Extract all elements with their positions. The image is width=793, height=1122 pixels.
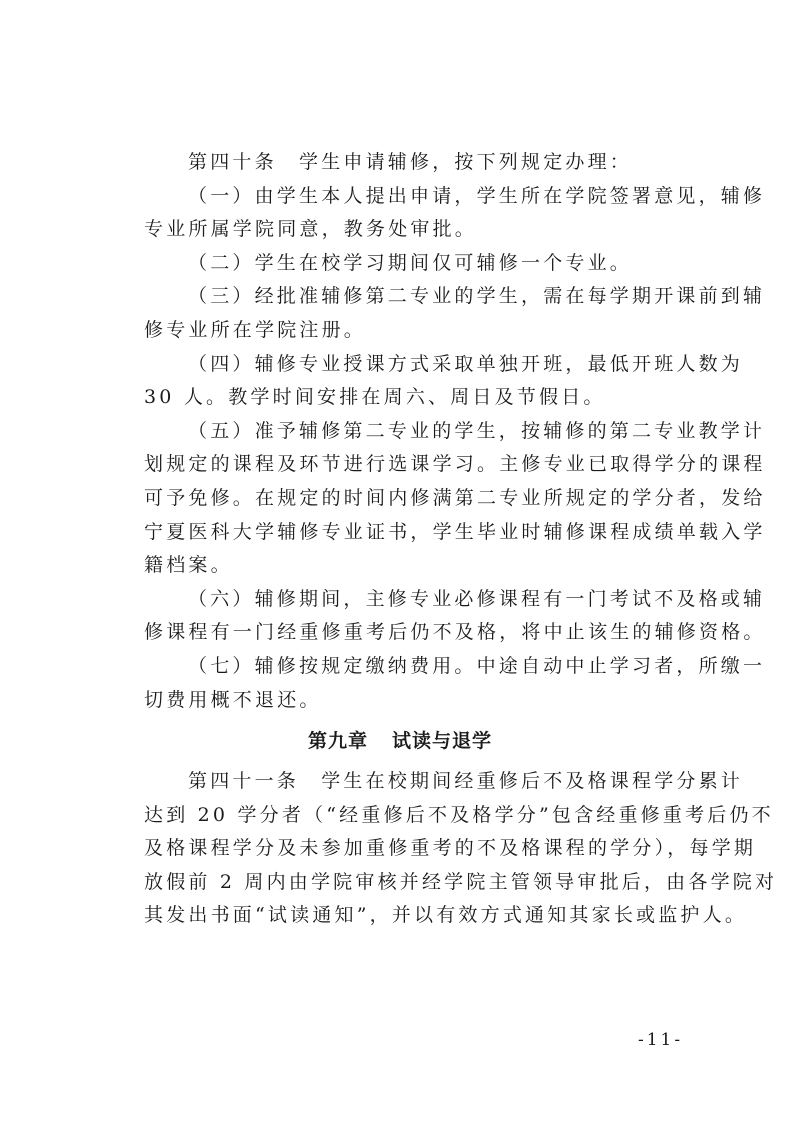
text-line: 籍档案。 — [106, 549, 694, 583]
text-line: 达到 20 学分者（“经重修后不及格学分”包含经重修重考后仍不 — [106, 799, 694, 833]
text-line: 可予免修。在规定的时间内修满第二专业所规定的学分者，发给 — [106, 482, 694, 516]
item-6: （六）辅修期间，主修专业必修课程有一门考试不及格或辅 修课程有一门经重修重考后仍… — [106, 583, 694, 650]
text-line: 其发出书面“试读通知”，并以有效方式通知其家长或监护人。 — [106, 899, 694, 933]
text-line: （七）辅修按规定缴纳费用。中途自动中止学习者，所缴一 — [106, 650, 694, 684]
item-1: （一）由学生本人提出申请，学生所在学院签署意见，辅修 专业所属学院同意，教务处审… — [106, 180, 694, 247]
article-40: 第四十条 学生申请辅修，按下列规定办理： — [106, 146, 694, 180]
item-4: （四）辅修专业授课方式采取单独开班，最低开班人数为 30 人。教学时间安排在周六… — [106, 348, 694, 415]
document-body: 第四十条 学生申请辅修，按下列规定办理： （一）由学生本人提出申请，学生所在学院… — [106, 146, 694, 933]
item-2: （二）学生在校学习期间仅可辅修一个专业。 — [106, 247, 694, 281]
text-line: （三）经批准辅修第二专业的学生，需在每学期开课前到辅 — [106, 280, 694, 314]
text-line: 第四十条 学生申请辅修，按下列规定办理： — [106, 146, 694, 180]
text-line: （六）辅修期间，主修专业必修课程有一门考试不及格或辅 — [106, 583, 694, 617]
text-line: （四）辅修专业授课方式采取单独开班，最低开班人数为 — [106, 348, 694, 382]
chapter-number: 第九章 — [308, 730, 368, 752]
chapter-heading: 第九章试读与退学 — [106, 721, 694, 761]
document-page: 第四十条 学生申请辅修，按下列规定办理： （一）由学生本人提出申请，学生所在学院… — [0, 0, 793, 1122]
text-line: （一）由学生本人提出申请，学生所在学院签署意见，辅修 — [106, 180, 694, 214]
text-line: 宁夏医科大学辅修专业证书，学生毕业时辅修课程成绩单载入学 — [106, 516, 694, 550]
text-line: 及格课程学分及未参加重修重考的不及格课程的学分），每学期 — [106, 832, 694, 866]
text-line: 放假前 2 周内由学院审核并经学院主管领导审批后，由各学院对 — [106, 866, 694, 900]
text-line: 修专业所在学院注册。 — [106, 314, 694, 348]
text-line: 30 人。教学时间安排在周六、周日及节假日。 — [106, 381, 694, 415]
item-7: （七）辅修按规定缴纳费用。中途自动中止学习者，所缴一 切费用概不退还。 — [106, 650, 694, 717]
text-line: （二）学生在校学习期间仅可辅修一个专业。 — [106, 247, 694, 281]
article-41: 第四十一条 学生在校期间经重修后不及格课程学分累计 达到 20 学分者（“经重修… — [106, 765, 694, 933]
text-line: 划规定的课程及环节进行选课学习。主修专业已取得学分的课程 — [106, 448, 694, 482]
text-line: 专业所属学院同意，教务处审批。 — [106, 213, 694, 247]
text-line: 第四十一条 学生在校期间经重修后不及格课程学分累计 — [106, 765, 694, 799]
chapter-title: 试读与退学 — [392, 730, 492, 752]
text-line: （五）准予辅修第二专业的学生，按辅修的第二专业教学计 — [106, 415, 694, 449]
text-line: 切费用概不退还。 — [106, 684, 694, 718]
page-number: -11- — [638, 1030, 683, 1050]
item-5: （五）准予辅修第二专业的学生，按辅修的第二专业教学计 划规定的课程及环节进行选课… — [106, 415, 694, 583]
item-3: （三）经批准辅修第二专业的学生，需在每学期开课前到辅 修专业所在学院注册。 — [106, 280, 694, 347]
text-line: 修课程有一门经重修重考后仍不及格，将中止该生的辅修资格。 — [106, 616, 694, 650]
